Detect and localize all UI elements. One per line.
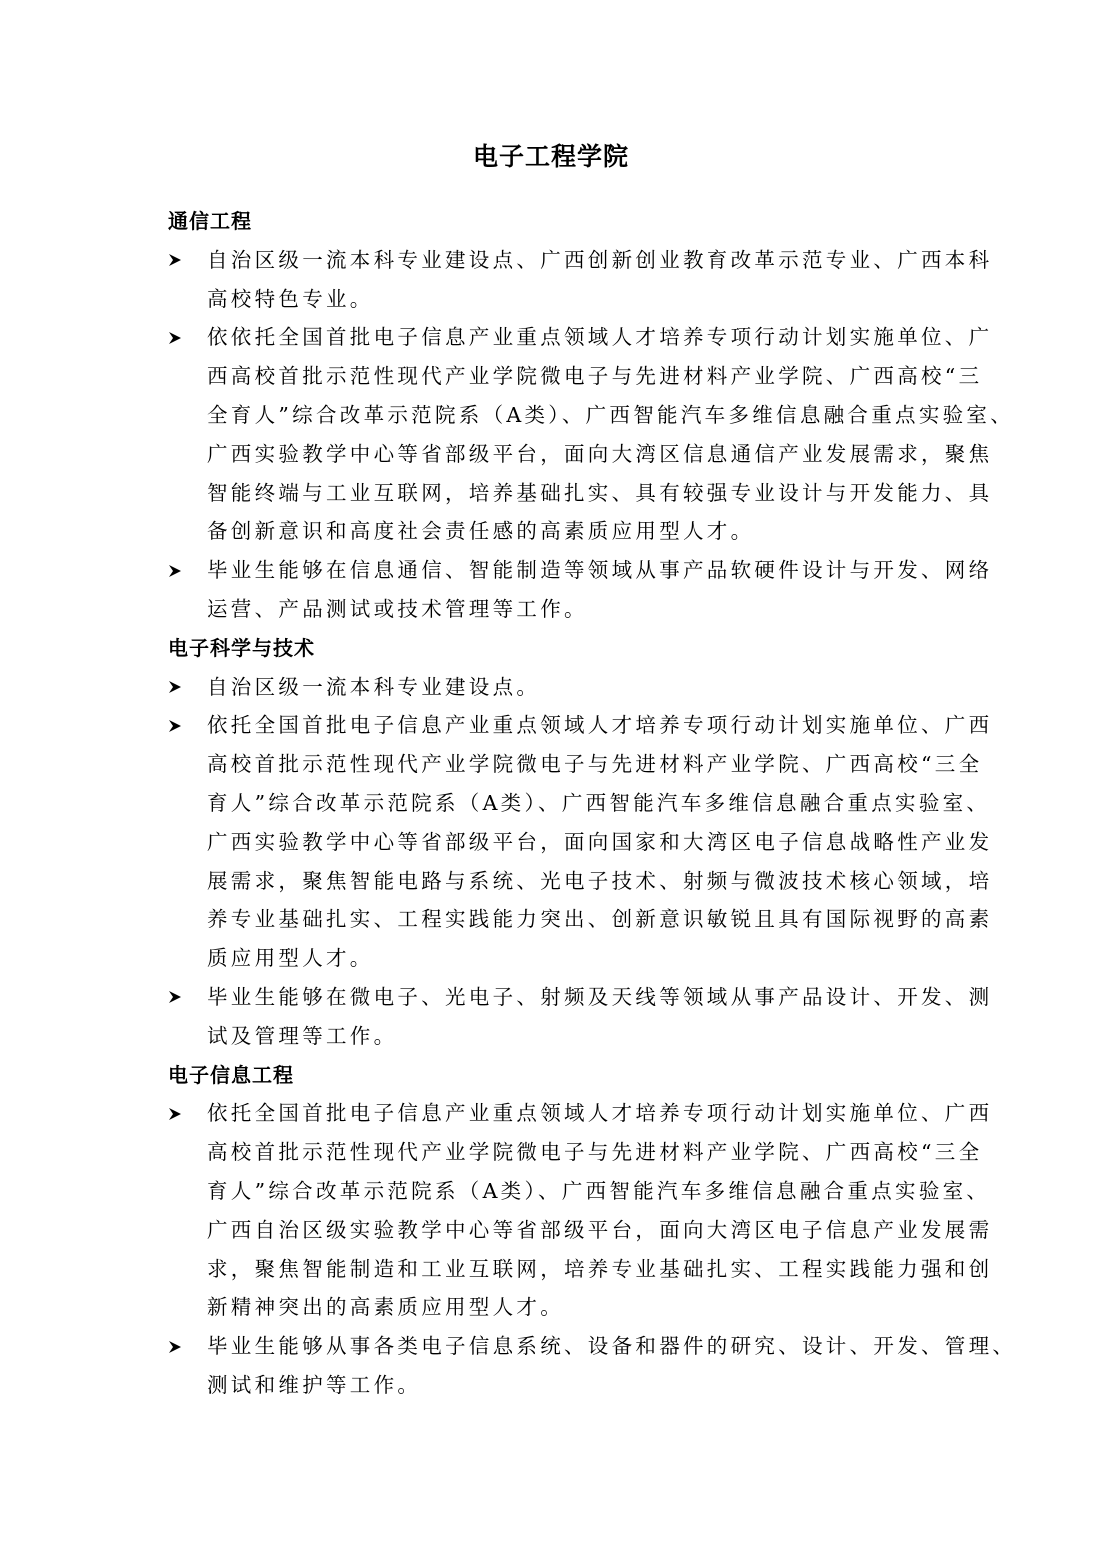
bullet-text-line: 毕业生能够在微电子、光电子、射频及天线等领域从事产品设计、开发、测 <box>207 978 938 1017</box>
arrowhead-bullet-icon <box>168 668 188 707</box>
arrowhead-bullet-icon <box>168 1327 188 1366</box>
bullet-text-line: 广西自治区级实验教学中心等省部级平台，面向大湾区电子信息产业发展需 <box>207 1211 938 1250</box>
section: 电子科学与技术自治区级一流本科专业建设点。依托全国首批电子信息产业重点领域人才培… <box>168 629 938 1056</box>
bullet-text-line: 广西实验教学中心等省部级平台，面向国家和大湾区电子信息战略性产业发 <box>207 823 938 862</box>
arrowhead-bullet-icon <box>168 978 188 1017</box>
arrowhead-bullet-icon <box>168 318 188 357</box>
bullet-text-line: 求，聚焦智能制造和工业互联网，培养专业基础扎实、工程实践能力强和创 <box>207 1250 938 1289</box>
bullet-text-line: 自治区级一流本科专业建设点、广西创新创业教育改革示范专业、广西本科 <box>207 241 938 280</box>
bullet-text-line: 西高校首批示范性现代产业学院微电子与先进材料产业学院、广西高校“三 <box>207 357 938 396</box>
bullet-text-line: 运营、产品测试或技术管理等工作。 <box>207 590 938 629</box>
bullet-item: 毕业生能够在信息通信、智能制造等领域从事产品软硬件设计与开发、网络运营、产品测试… <box>168 551 938 629</box>
section-heading: 通信工程 <box>168 202 938 241</box>
bullet-text-line: 全育人”综合改革示范院系（A类）、广西智能汽车多维信息融合重点实验室、 <box>207 396 938 435</box>
page-title: 电子工程学院 <box>0 139 1102 175</box>
section-heading: 电子信息工程 <box>168 1056 938 1095</box>
bullet-text-line: 高校特色专业。 <box>207 280 938 319</box>
bullet-text-line: 高校首批示范性现代产业学院微电子与先进材料产业学院、广西高校“三全 <box>207 745 938 784</box>
bullet-text-line: 高校首批示范性现代产业学院微电子与先进材料产业学院、广西高校“三全 <box>207 1133 938 1172</box>
bullet-text-line: 育人”综合改革示范院系（A类）、广西智能汽车多维信息融合重点实验室、 <box>207 784 938 823</box>
arrowhead-bullet-icon <box>168 706 188 745</box>
bullet-text-line: 依托全国首批电子信息产业重点领域人才培养专项行动计划实施单位、广西 <box>207 1094 938 1133</box>
document-body: 通信工程自治区级一流本科专业建设点、广西创新创业教育改革示范专业、广西本科高校特… <box>168 202 938 1405</box>
bullet-text-line: 依依托全国首批电子信息产业重点领域人才培养专项行动计划实施单位、广 <box>207 318 938 357</box>
arrowhead-bullet-icon <box>168 551 188 590</box>
document-page: 电子工程学院 通信工程自治区级一流本科专业建设点、广西创新创业教育改革示范专业、… <box>0 0 1102 1559</box>
bullet-text-line: 备创新意识和高度社会责任感的高素质应用型人才。 <box>207 512 938 551</box>
bullet-text-line: 养专业基础扎实、工程实践能力突出、创新意识敏锐且具有国际视野的高素 <box>207 900 938 939</box>
bullet-text-line: 自治区级一流本科专业建设点。 <box>207 668 938 707</box>
section: 通信工程自治区级一流本科专业建设点、广西创新创业教育改革示范专业、广西本科高校特… <box>168 202 938 629</box>
arrowhead-bullet-icon <box>168 1094 188 1133</box>
bullet-text-line: 广西实验教学中心等省部级平台，面向大湾区信息通信产业发展需求，聚焦 <box>207 435 938 474</box>
bullet-text-line: 毕业生能够从事各类电子信息系统、设备和器件的研究、设计、开发、管理、 <box>207 1327 938 1366</box>
bullet-text-line: 新精神突出的高素质应用型人才。 <box>207 1288 938 1327</box>
bullet-item: 自治区级一流本科专业建设点、广西创新创业教育改革示范专业、广西本科高校特色专业。 <box>168 241 938 319</box>
bullet-item: 毕业生能够从事各类电子信息系统、设备和器件的研究、设计、开发、管理、测试和维护等… <box>168 1327 938 1405</box>
bullet-item: 自治区级一流本科专业建设点。 <box>168 668 938 707</box>
bullet-item: 依依托全国首批电子信息产业重点领域人才培养专项行动计划实施单位、广西高校首批示范… <box>168 318 938 551</box>
arrowhead-bullet-icon <box>168 241 188 280</box>
bullet-item: 依托全国首批电子信息产业重点领域人才培养专项行动计划实施单位、广西高校首批示范性… <box>168 1094 938 1327</box>
bullet-text-line: 质应用型人才。 <box>207 939 938 978</box>
bullet-text-line: 智能终端与工业互联网，培养基础扎实、具有较强专业设计与开发能力、具 <box>207 474 938 513</box>
bullet-text-line: 展需求，聚焦智能电路与系统、光电子技术、射频与微波技术核心领域，培 <box>207 862 938 901</box>
section-heading: 电子科学与技术 <box>168 629 938 668</box>
bullet-item: 毕业生能够在微电子、光电子、射频及天线等领域从事产品设计、开发、测试及管理等工作… <box>168 978 938 1056</box>
bullet-text-line: 育人”综合改革示范院系（A类）、广西智能汽车多维信息融合重点实验室、 <box>207 1172 938 1211</box>
bullet-text-line: 毕业生能够在信息通信、智能制造等领域从事产品软硬件设计与开发、网络 <box>207 551 938 590</box>
bullet-item: 依托全国首批电子信息产业重点领域人才培养专项行动计划实施单位、广西高校首批示范性… <box>168 706 938 978</box>
bullet-text-line: 试及管理等工作。 <box>207 1017 938 1056</box>
section: 电子信息工程依托全国首批电子信息产业重点领域人才培养专项行动计划实施单位、广西高… <box>168 1056 938 1405</box>
bullet-text-line: 测试和维护等工作。 <box>207 1366 938 1405</box>
bullet-text-line: 依托全国首批电子信息产业重点领域人才培养专项行动计划实施单位、广西 <box>207 706 938 745</box>
